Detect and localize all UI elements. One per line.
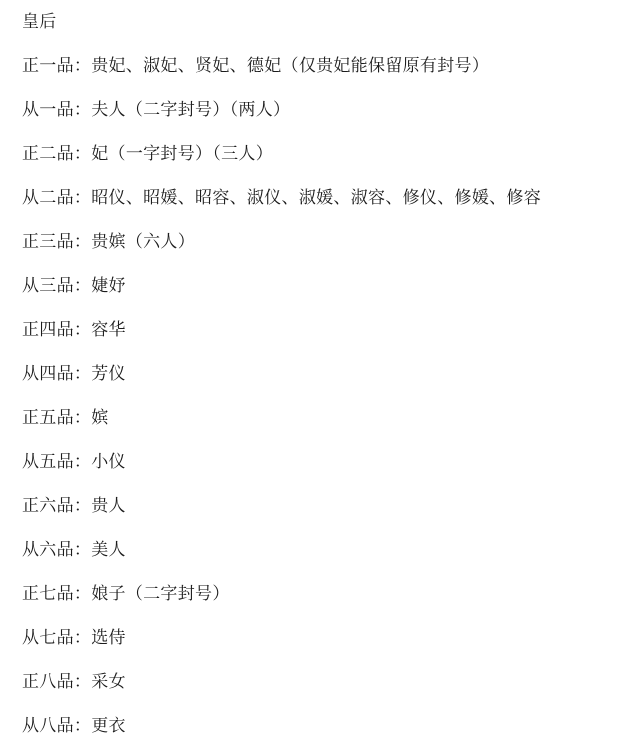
rank-content: 贵人 [91, 496, 126, 515]
rank-label: 正二品 [22, 144, 74, 163]
rank-row: 从四品：芳仪 [22, 352, 640, 396]
rank-row: 正七品：娘子（二字封号） [22, 572, 640, 616]
rank-row: 从七品：选侍 [22, 616, 640, 660]
rank-colon: ： [74, 716, 91, 735]
rank-content: 更衣 [91, 716, 126, 735]
rank-row: 正五品：嫔 [22, 396, 640, 440]
page-title: 皇后 [22, 0, 640, 44]
rank-colon: ： [74, 672, 91, 691]
rank-content: 采女 [91, 672, 126, 691]
rank-row: 正四品：容华 [22, 308, 640, 352]
rank-content: 夫人（二字封号）（两人） [91, 100, 290, 119]
rank-colon: ： [74, 452, 91, 471]
rank-content: 贵妃、淑妃、贤妃、德妃（仅贵妃能保留原有封号） [91, 56, 489, 75]
rank-label: 从二品 [22, 188, 74, 207]
rank-content: 选侍 [91, 628, 126, 647]
rank-content: 娘子（二字封号） [91, 584, 229, 603]
rank-colon: ： [74, 144, 91, 163]
rank-label: 正五品 [22, 408, 74, 427]
rank-row: 从三品：婕妤 [22, 264, 640, 308]
rank-colon: ： [74, 100, 91, 119]
rank-label: 从三品 [22, 276, 74, 295]
rank-content: 昭仪、昭媛、昭容、淑仪、淑媛、淑容、修仪、修媛、修容 [91, 188, 541, 207]
rank-label: 从四品 [22, 364, 74, 383]
rank-label: 正七品 [22, 584, 74, 603]
rank-row: 从二品：昭仪、昭媛、昭容、淑仪、淑媛、淑容、修仪、修媛、修容 [22, 176, 640, 220]
rank-colon: ： [74, 408, 91, 427]
rank-label: 正三品 [22, 232, 74, 251]
rank-content: 妃（一字封号）（三人） [91, 144, 273, 163]
rank-row: 正八品：采女 [22, 660, 640, 704]
rank-row: 从六品：美人 [22, 528, 640, 572]
rank-colon: ： [74, 364, 91, 383]
rank-content: 贵嫔（六人） [91, 232, 195, 251]
rank-content: 芳仪 [91, 364, 126, 383]
rank-colon: ： [74, 496, 91, 515]
rank-content: 嫔 [91, 408, 108, 427]
rank-content: 容华 [91, 320, 126, 339]
rank-row: 正六品：贵人 [22, 484, 640, 528]
rank-row: 正一品：贵妃、淑妃、贤妃、德妃（仅贵妃能保留原有封号） [22, 44, 640, 88]
rank-label: 从七品 [22, 628, 74, 647]
rank-colon: ： [74, 56, 91, 75]
rank-label: 从一品 [22, 100, 74, 119]
rank-colon: ： [74, 584, 91, 603]
rank-colon: ： [74, 188, 91, 207]
rank-colon: ： [74, 320, 91, 339]
rank-colon: ： [74, 628, 91, 647]
rank-content: 婕妤 [91, 276, 126, 295]
rank-row: 从五品：小仪 [22, 440, 640, 484]
rank-label: 从八品 [22, 716, 74, 735]
rank-row: 从八品：更衣 [22, 704, 640, 748]
rank-content: 美人 [91, 540, 126, 559]
rank-colon: ： [74, 276, 91, 295]
rank-label: 正八品 [22, 672, 74, 691]
rank-content: 小仪 [91, 452, 126, 471]
rank-label: 从六品 [22, 540, 74, 559]
rank-label: 正一品 [22, 56, 74, 75]
rank-label: 从五品 [22, 452, 74, 471]
rank-colon: ： [74, 540, 91, 559]
rank-colon: ： [74, 232, 91, 251]
rank-document: 皇后 正一品：贵妃、淑妃、贤妃、德妃（仅贵妃能保留原有封号） 从一品：夫人（二字… [0, 0, 640, 748]
rank-row: 正二品：妃（一字封号）（三人） [22, 132, 640, 176]
rank-row: 从一品：夫人（二字封号）（两人） [22, 88, 640, 132]
rank-label: 正四品 [22, 320, 74, 339]
rank-label: 正六品 [22, 496, 74, 515]
rank-row: 正三品：贵嫔（六人） [22, 220, 640, 264]
